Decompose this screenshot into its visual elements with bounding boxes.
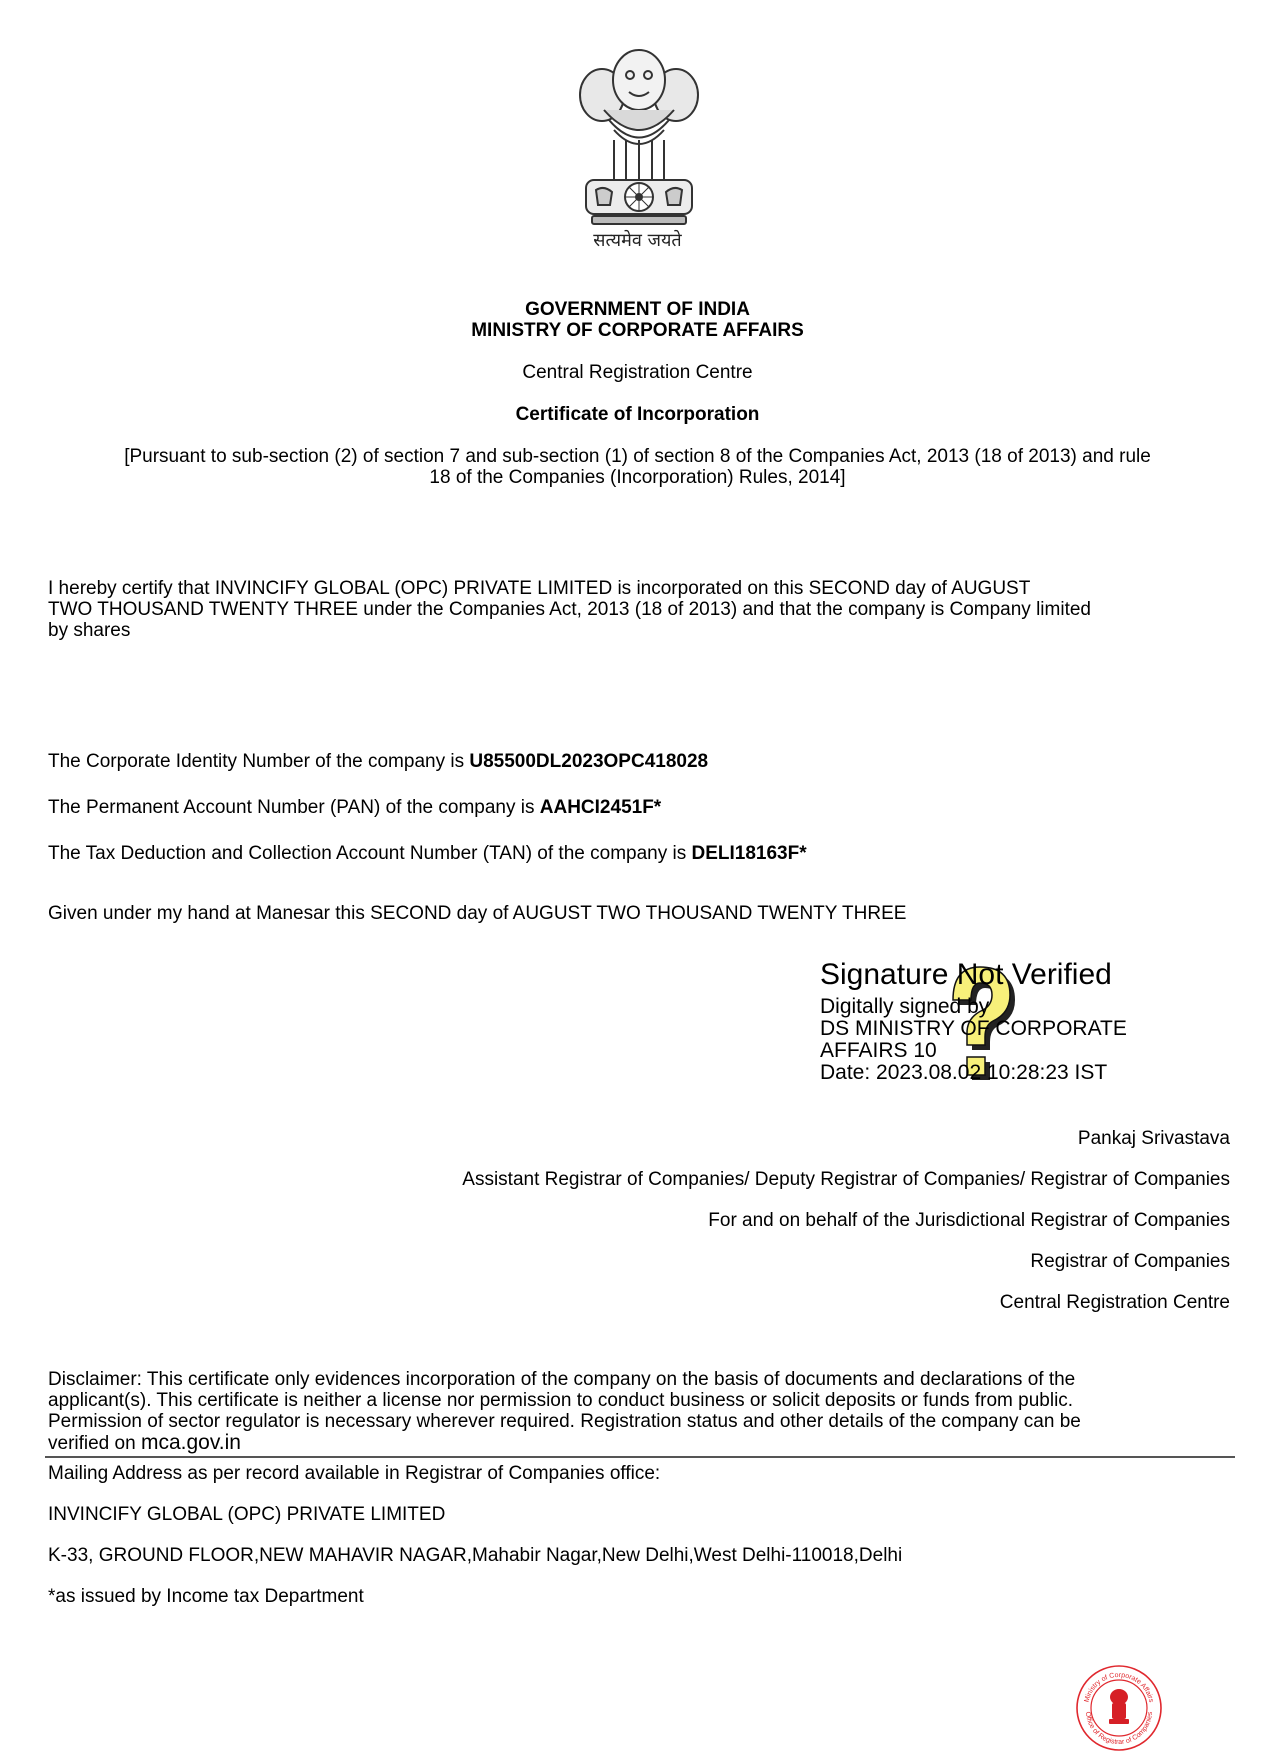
pan-label: The Permanent Account Number (PAN) of th… <box>48 797 540 818</box>
header-government: GOVERNMENT OF INDIA <box>0 299 1275 320</box>
signature-line-2: DS MINISTRY OF CORPORATE <box>820 1018 1240 1040</box>
signature-status: Signature Not Verified <box>820 958 1240 992</box>
section-divider <box>45 1456 1235 1458</box>
mailing-address: K-33, GROUND FLOOR,NEW MAHAVIR NAGAR,Mah… <box>48 1545 902 1566</box>
pursuant-line-2: 18 of the Companies (Incorporation) Rule… <box>0 467 1275 488</box>
cin-label: The Corporate Identity Number of the com… <box>48 751 469 772</box>
header-ministry: MINISTRY OF CORPORATE AFFAIRS <box>0 320 1275 341</box>
disclaimer-verified-on: verified on <box>48 1433 141 1454</box>
mca-link[interactable]: mca.gov.in <box>141 1431 241 1454</box>
signature-line-1: Digitally signed by <box>820 996 1240 1018</box>
mailing-company: INVINCIFY GLOBAL (OPC) PRIVATE LIMITED <box>48 1504 445 1525</box>
certification-line-3: by shares <box>48 620 130 641</box>
signatory-designation: Assistant Registrar of Companies/ Deputy… <box>462 1169 1230 1190</box>
signature-date: Date: 2023.08.02 10:28:23 IST <box>820 1062 1240 1084</box>
mailing-label: Mailing Address as per record available … <box>48 1463 660 1484</box>
signatory-office-1: Registrar of Companies <box>1030 1251 1230 1272</box>
roc-seal-icon: Ministry of Corporate Affairs Office of … <box>1074 1663 1164 1753</box>
cin-row: The Corporate Identity Number of the com… <box>48 751 708 772</box>
certificate-title: Certificate of Incorporation <box>0 404 1275 425</box>
pan-value: AAHCI2451F* <box>540 797 661 818</box>
disclaimer-line-3: Permission of sector regulator is necess… <box>48 1411 1081 1432</box>
signatory-office-2: Central Registration Centre <box>1000 1292 1230 1313</box>
emblem-motto: सत्यमेव जयते <box>0 228 1275 252</box>
disclaimer-line-4: verified on mca.gov.in <box>48 1432 241 1454</box>
signatory-name: Pankaj Srivastava <box>1078 1128 1230 1149</box>
cin-value: U85500DL2023OPC418028 <box>469 751 708 772</box>
state-emblem-icon <box>574 40 704 230</box>
tan-row: The Tax Deduction and Collection Account… <box>48 843 807 864</box>
certification-line-2: TWO THOUSAND TWENTY THREE under the Comp… <box>48 599 1091 620</box>
signatory-behalf: For and on behalf of the Jurisdictional … <box>708 1210 1230 1231</box>
pursuant-line-1: [Pursuant to sub-section (2) of section … <box>0 446 1275 467</box>
signature-block[interactable]: Signature Not Verified Digitally signed … <box>820 958 1240 1084</box>
pan-tan-footnote: *as issued by Income tax Department <box>48 1586 364 1607</box>
disclaimer-line-1: Disclaimer: This certificate only eviden… <box>48 1369 1075 1390</box>
tan-value: DELI18163F* <box>692 843 807 864</box>
signature-line-3: AFFAIRS 10 <box>820 1040 1240 1062</box>
header-office: Central Registration Centre <box>0 362 1275 383</box>
given-under-line: Given under my hand at Manesar this SECO… <box>48 903 906 924</box>
disclaimer-line-2: applicant(s). This certificate is neithe… <box>48 1390 1073 1411</box>
tan-label: The Tax Deduction and Collection Account… <box>48 843 692 864</box>
pan-row: The Permanent Account Number (PAN) of th… <box>48 797 661 818</box>
certification-line-1: I hereby certify that INVINCIFY GLOBAL (… <box>48 578 1030 599</box>
